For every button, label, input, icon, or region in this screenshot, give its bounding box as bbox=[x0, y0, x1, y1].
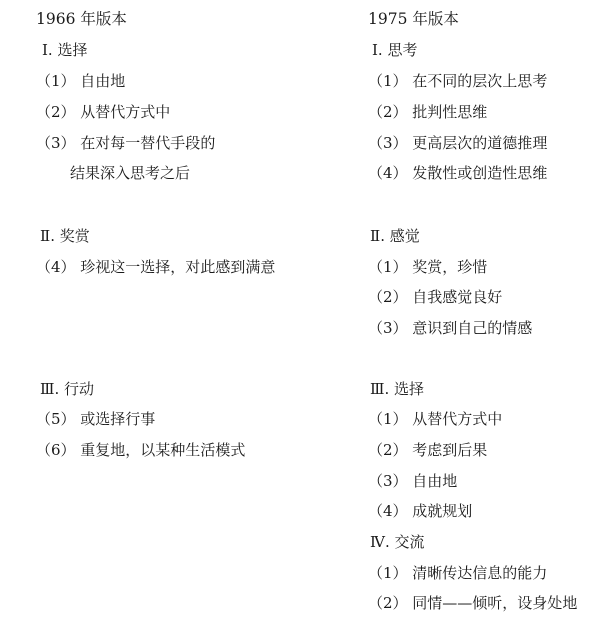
right-list-item: （4） 发散性或创造性思维 bbox=[368, 164, 547, 182]
right-list-item: （1） 清晰传达信息的能力 bbox=[368, 564, 547, 582]
right-list-item: （2） 考虑到后果 bbox=[368, 441, 487, 459]
left-list-item: （5） 或选择行事 bbox=[36, 410, 155, 428]
left-list-item: Ⅲ. 行动 bbox=[40, 380, 94, 398]
right-list-item: （2） 自我感觉良好 bbox=[368, 288, 502, 306]
left-list-item: 结果深入思考之后 bbox=[70, 164, 190, 182]
right-list-item: Ⅱ. 感觉 bbox=[370, 227, 420, 245]
left-list-item: Ⅰ. 选择 bbox=[42, 41, 87, 59]
right-list-item: （1） 从替代方式中 bbox=[368, 410, 502, 428]
right-list-item: （3） 意识到自己的情感 bbox=[368, 319, 532, 337]
left-list-item: （1） 自由地 bbox=[36, 72, 125, 90]
right-list-item: Ⅰ. 思考 bbox=[372, 41, 417, 59]
right-list-item: （2） 批判性思维 bbox=[368, 103, 487, 121]
left-list-item: （6） 重复地，以某种生活模式 bbox=[36, 441, 245, 459]
right-column-title: 1975 年版本 bbox=[368, 10, 459, 28]
left-list-item: （2） 从替代方式中 bbox=[36, 103, 170, 121]
right-list-item: Ⅳ. 交流 bbox=[370, 533, 425, 551]
right-list-item: （4） 成就规划 bbox=[368, 502, 472, 520]
right-list-item: （2） 同情——倾听，设身处地 bbox=[368, 594, 577, 612]
right-list-item: （1） 在不同的层次上思考 bbox=[368, 72, 547, 90]
left-list-item: Ⅱ. 奖赏 bbox=[40, 227, 90, 245]
right-list-item: （3） 更高层次的道德推理 bbox=[368, 134, 547, 152]
right-list-item: （3） 自由地 bbox=[368, 472, 457, 490]
left-list-item: （4） 珍视这一选择，对此感到满意 bbox=[36, 258, 275, 276]
right-list-item: （1） 奖赏，珍惜 bbox=[368, 258, 487, 276]
left-column-title: 1966 年版本 bbox=[36, 10, 127, 28]
left-list-item: （3） 在对每一替代手段的 bbox=[36, 134, 215, 152]
right-list-item: Ⅲ. 选择 bbox=[370, 380, 424, 398]
